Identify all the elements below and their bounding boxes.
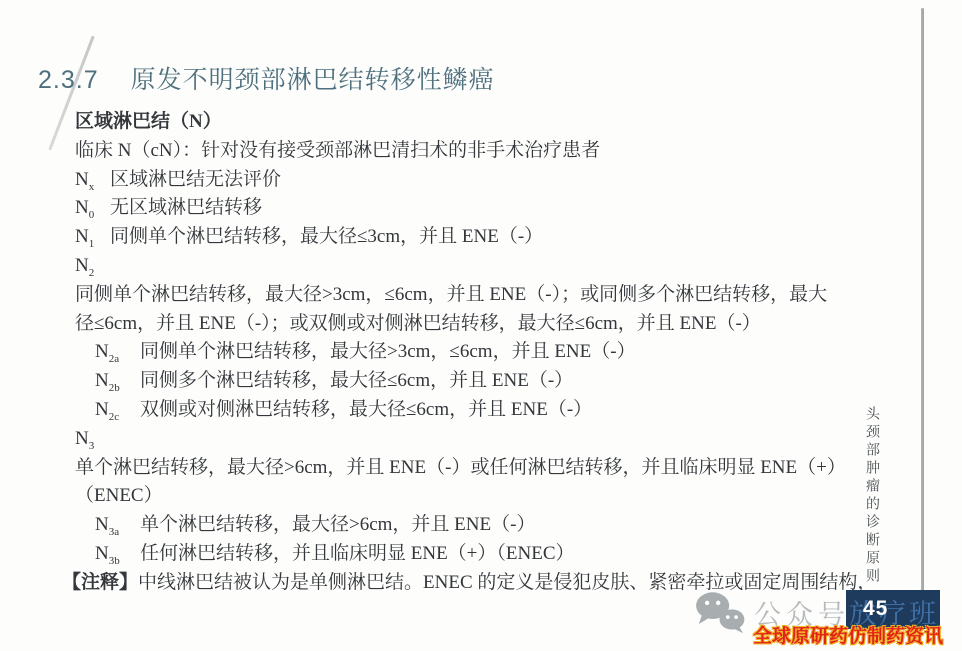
doc-line: N3a单个淋巴结转移，最大径>6cm，并且 ENE（-） xyxy=(75,511,861,540)
n-stage-label: N2 xyxy=(75,252,110,281)
n-stage-label: N3b xyxy=(95,540,140,569)
doc-line: N0无区域淋巴结转移 xyxy=(75,194,861,223)
doc-line: N3 xyxy=(75,425,861,454)
note-prefix: 【注释】 xyxy=(62,572,138,593)
n-stage-label: N2b xyxy=(95,367,140,396)
document-page: { "page": { "section_number": "2.3.7", "… xyxy=(0,0,962,651)
doc-line: N2a同侧单个淋巴结转移，最大径>3cm，≤6cm，并且 ENE（-） xyxy=(75,338,861,367)
section-heading: 2.3.7 原发不明颈部淋巴结转移性鳞癌 xyxy=(38,60,495,96)
doc-line: （ENEC） xyxy=(75,482,861,511)
doc-line: 同侧单个淋巴结转移，最大径>3cm，≤6cm，并且 ENE（-）；或同侧多个淋巴… xyxy=(75,281,861,310)
red-banner-text: 全球原研药仿制药资讯 xyxy=(753,621,943,648)
n-stage-label: N3a xyxy=(95,511,140,540)
n-classification-list: 区域淋巴结（N）临床 N（cN）：针对没有接受颈部淋巴清扫术的非手术治疗患者Nx… xyxy=(75,108,861,598)
doc-line: N2b同侧多个淋巴结转移，最大径≤6cm，并且 ENE（-） xyxy=(75,367,861,396)
doc-line: N3b任何淋巴结转移，并且临床明显 ENE（+）（ENEC） xyxy=(75,540,861,569)
n-stage-label: N2c xyxy=(95,396,140,425)
doc-line: 区域淋巴结（N） xyxy=(75,108,861,137)
chapter-vertical-caption: 头颈部肿瘤的诊断原则 xyxy=(861,406,881,586)
note-text: 中线淋巴结被认为是单侧淋巴结。ENEC 的定义是侵犯皮肤、紧密牵拉或固定周围结构… xyxy=(138,572,876,593)
n-stage-description: 区域淋巴结无法评价 xyxy=(110,169,281,190)
n-stage-label: N3 xyxy=(75,425,110,454)
n-stage-description: 同侧多个淋巴结转移，最大径≤6cm，并且 ENE（-） xyxy=(140,370,573,391)
n-stage-label: Nx xyxy=(75,166,110,195)
page-number: 45 xyxy=(863,597,888,621)
section-title: 原发不明颈部淋巴结转移性鳞癌 xyxy=(131,60,495,96)
doc-line: 径≤6cm，并且 ENE（-）；或双侧或对侧淋巴结转移，最大径≤6cm，并且 E… xyxy=(75,310,861,339)
doc-line: N1同侧单个淋巴结转移，最大径≤3cm，并且 ENE（-） xyxy=(75,223,861,252)
doc-line: 临床 N（cN）：针对没有接受颈部淋巴清扫术的非手术治疗患者 xyxy=(75,137,861,166)
n-stage-description: 任何淋巴结转移，并且临床明显 ENE（+）（ENEC） xyxy=(140,543,575,564)
n-stage-description: 单个淋巴结转移，最大径>6cm，并且 ENE（-） xyxy=(140,514,535,535)
n-stage-label: N2a xyxy=(95,338,140,367)
section-number: 2.3.7 xyxy=(38,66,99,95)
n-stage-description: 同侧单个淋巴结转移，最大径>3cm，≤6cm，并且 ENE（-） xyxy=(140,341,636,362)
n-stage-label: N1 xyxy=(75,223,110,252)
wechat-icon xyxy=(692,590,748,636)
doc-line: Nx区域淋巴结无法评价 xyxy=(75,166,861,195)
page-edge-line xyxy=(921,8,924,592)
n-stage-description: 双侧或对侧淋巴结转移，最大径≤6cm，并且 ENE（-） xyxy=(140,399,592,420)
doc-line: N2c双侧或对侧淋巴结转移，最大径≤6cm，并且 ENE（-） xyxy=(75,396,861,425)
n-stage-description: 无区域淋巴结转移 xyxy=(110,197,262,218)
n-stage-description: 同侧单个淋巴结转移，最大径≤3cm，并且 ENE（-） xyxy=(110,226,543,247)
n-stage-label: N0 xyxy=(75,194,110,223)
doc-line: 单个淋巴结转移，最大径>6cm，并且 ENE（-）或任何淋巴结转移，并且临床明显… xyxy=(75,454,861,483)
doc-line: N2 xyxy=(75,252,861,281)
